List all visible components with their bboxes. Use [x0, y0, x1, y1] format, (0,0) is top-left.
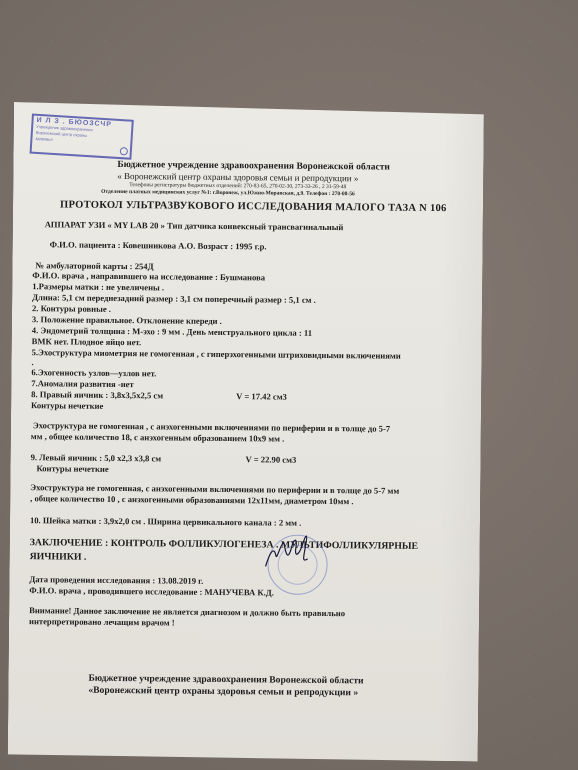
- finding-line: ВМК нет. Плодное яйцо нет.: [32, 336, 142, 347]
- finding-line: 2. Контуры ровные .: [32, 303, 111, 314]
- institution-stamp: И Л З . БЮОЗСЧР Учреждение здравоохранен…: [30, 114, 134, 160]
- doctor-signature: [261, 532, 311, 572]
- finding-line: .: [31, 357, 33, 367]
- conclusion-line1: ЗАКЛЮЧЕНИЕ : КОНТРОЛЬ ФОЛЛИКУЛОГЕНЕЗА . …: [30, 537, 418, 552]
- right-ovary-line: 8. Правый яичник : 3,8х3,5х2,5 см: [31, 389, 163, 400]
- finding-line: 1.Размеры матки : не увеличены .: [32, 281, 164, 292]
- examining-doctor-line: Ф.И.О. врача , проводившего исследование…: [29, 585, 274, 597]
- finding-line: 6.Эхогенность узлов—узлов нет.: [31, 367, 156, 378]
- left-ovary-echo-line2: , общее количество 10 , с анэхогенными о…: [30, 493, 353, 506]
- header-paid-department: Отделение платных медицинских услуг №1: …: [101, 189, 355, 197]
- warning-line2: интерпретировано лечащим врачом !: [29, 616, 175, 627]
- finding-line: 7.Аномалия развития -нет: [31, 378, 134, 389]
- finding-line: 5.Эхоструктура миометрия не гомогенная ,…: [32, 347, 401, 361]
- patient-line: Ф.И.О. пациента : Ковешникова А.О. Возра…: [50, 239, 267, 251]
- document-page: И Л З . БЮОЗСЧР Учреждение здравоохранен…: [8, 102, 484, 761]
- cervix-line: 10. Шейка матки : 3,9х2,0 см . Ширина це…: [30, 515, 301, 528]
- left-ovary-line: 9. Левый яичник : 5,0 х2,3 х3,8 см: [31, 452, 162, 463]
- right-ovary-contours: Контуры нечеткие: [31, 400, 103, 411]
- apparatus-line: АППАРАТ УЗИ « MY LAB 20 » Тип датчика ко…: [45, 219, 344, 232]
- right-ovary-echo-line2: мм , общее количество 18, с анэхогенным …: [31, 431, 285, 443]
- footer-org-line2: «Воронежский центр охраны здоровья семьи…: [88, 685, 358, 699]
- left-ovary-contours: Контуры нечеткие: [36, 463, 108, 474]
- left-ovary-volume: V = 22.90 см3: [246, 454, 297, 464]
- conclusion-line2: ЯИЧНИКИ .: [30, 551, 87, 563]
- finding-line: 3. Положение правильное. Отклонение кпер…: [32, 314, 222, 326]
- right-ovary-volume: V = 17.42 см3: [236, 391, 287, 401]
- exam-date-line: Дата проведения исследования : 13.08.201…: [29, 574, 203, 586]
- stamp-circle-icon: [120, 147, 128, 155]
- protocol-title: ПРОТОКОЛ УЛЬТРАЗВУКОВОГО ИССЛЕДОВАНИЯ МА…: [60, 199, 447, 214]
